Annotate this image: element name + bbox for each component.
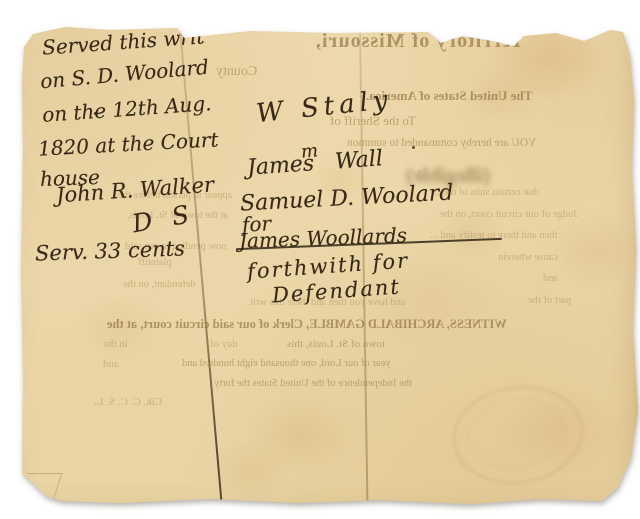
hw-deputy-sheriff-flourish: D S (130, 201, 197, 237)
scan-background: Territory of Missouri, County The United… (0, 0, 640, 519)
bleed-right-line-6: part of the (528, 296, 571, 307)
bleed-independence-line: the Independence of the United States th… (214, 379, 412, 390)
bleed-witness-line: WITNESS, ARCHIBALD GAMBLE, Clerk of our … (107, 318, 507, 331)
bleed-territory-title: Territory of Missouri, (315, 31, 523, 51)
paper-shadow: Territory of Missouri, County The United… (0, 0, 640, 519)
bleed-day-of: day of (210, 339, 238, 350)
bleed-and-word: and (103, 359, 119, 370)
embossed-seal-inner-ring (462, 392, 569, 475)
bleed-town-line: town of St. Louis, this (287, 339, 385, 350)
bleed-year-line: year of our Lord, one thousand eight hun… (182, 359, 390, 370)
bleed-in-the: in the (103, 339, 128, 350)
hw-service-fee: Serv. 33 cents (35, 238, 186, 264)
bleed-clerk-abbreviation: Clk. C. C. S. L. (94, 397, 162, 408)
dogear-fold-mark (19, 473, 63, 500)
bleed-right-line-2: Judge of our circuit court, on the (440, 210, 577, 221)
bleed-right-line-5: and (543, 274, 558, 285)
embossed-seal (446, 377, 590, 492)
document-paper: Territory of Missouri, County The United… (0, 0, 640, 519)
bleed-right-line-4: cause wherein (498, 253, 558, 264)
bleed-left-line-5: defendant, on the (123, 280, 196, 291)
bleed-county: County (216, 65, 257, 79)
hw-name-samuel-d-woolard: Samuel D. Woolard (240, 182, 454, 215)
